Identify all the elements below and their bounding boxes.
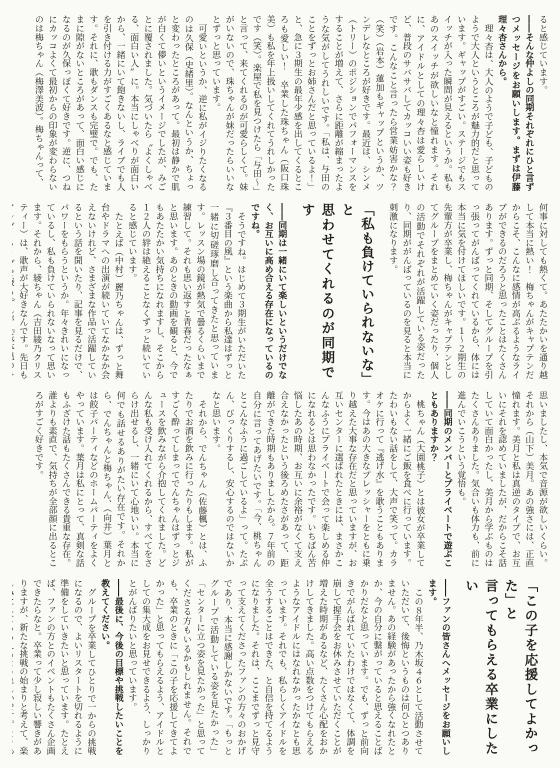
interview-article: ると感じています。――そんな仲よしの同期それぞれにひと言ずつメッセージをお願いし… [12, 15, 548, 755]
section-subhead: 「この子を応援してよかった」と言ってもらえる卒業にしたい [460, 579, 539, 755]
answer-paragraph: 理々杏は、大人のようで子ども、子どものようで大人というところが魅力的だと思ってい… [207, 15, 493, 191]
answer-paragraph: たとえば（中村）麗乃ちゃんは、ずっと舞台やドラマへの出演が続いていてなかなか会え… [12, 203, 124, 379]
paragraph-continuation: 思いましたし、本気で音源が欲しいくらい。それから（山下）美月。あの強さには、正直… [453, 391, 548, 567]
interviewer-question: ――最後に、今後の目標や挑戦したいことを教えてください。 [97, 579, 124, 755]
text-band-2: 何事に対しても熱くて。あたたかいを通り越して本当に熱い！ 梅ちゃんがキャプテンだ… [12, 203, 548, 379]
text-band-1: ると感じています。――そんな仲よしの同期それぞれにひと言ずつメッセージをお願いし… [12, 15, 548, 191]
paragraph-continuation: 何事に対しても熱くて。あたたかいを通り越して本当に熱い！ 梅ちゃんがキャプテンだ… [385, 203, 549, 379]
text-band-3: 思いましたし、本気で音源が欲しいくらい。それから（山下）美月。あの強さには、正直… [12, 391, 548, 567]
subhead-line: 「私も負けていられないな」と [336, 203, 376, 379]
answer-paragraph: それから、でんちゃん（佐藤楓）とは、ふたりでお酒を飲みに行ったりもします。私がす… [30, 391, 207, 567]
paragraph-continuation: ると感じています。 [534, 15, 548, 191]
answer-paragraph: グループを卒業してひとりで一からの挑戦になるので、よいリスタートを切れるように準… [12, 579, 97, 755]
subhead-line: 言ってもらえる卒業にしたい [460, 579, 500, 755]
answer-paragraph: 桃ちゃん（大園桃子）とは彼女が卒業してからよく一緒にご飯を食べに行っています。た… [207, 391, 425, 567]
interviewer-question: ――同期のメンバーとプライベートで遊ぶこともありますか？ [425, 391, 452, 567]
text-band-4: 「この子を応援してよかった」と言ってもらえる卒業にしたい――ファンの皆さんへメッ… [12, 579, 548, 755]
interviewer-question: ――同期は一緒にいて楽しいというだけでなく、お互いに高め合える存在になっているの… [246, 203, 287, 379]
interviewer-question: ――そんな仲よしの同期それぞれにひと言ずつメッセージをお願いします。まずは伊藤理… [494, 15, 535, 191]
answer-paragraph: 可愛いというか、逆に私がイジりたくなるのは久保（史緒里）。なんというか、ちょっと… [30, 15, 207, 191]
interviewer-question: ――ファンの皆さんへメッセージをお願いします。 [424, 579, 451, 755]
section-subhead: 「私も負けていられないな」と思わせてくれるのが同期です [296, 203, 375, 379]
subhead-line: 思わせてくれるのが同期です [296, 203, 336, 379]
subhead-line: 「この子を応援してよかった」と [499, 579, 539, 755]
magazine-page: ると感じています。――そんな仲よしの同期それぞれにひと言ずつメッセージをお願いし… [0, 0, 560, 768]
answer-paragraph: そうですね。はじめて３期生がいただいた『３番目の風』という楽曲から私達はずっと一… [124, 203, 247, 379]
answer-paragraph: この８年半、乃木坂４６として活動させていただいて、後悔というものは何ひとつありま… [124, 579, 424, 755]
